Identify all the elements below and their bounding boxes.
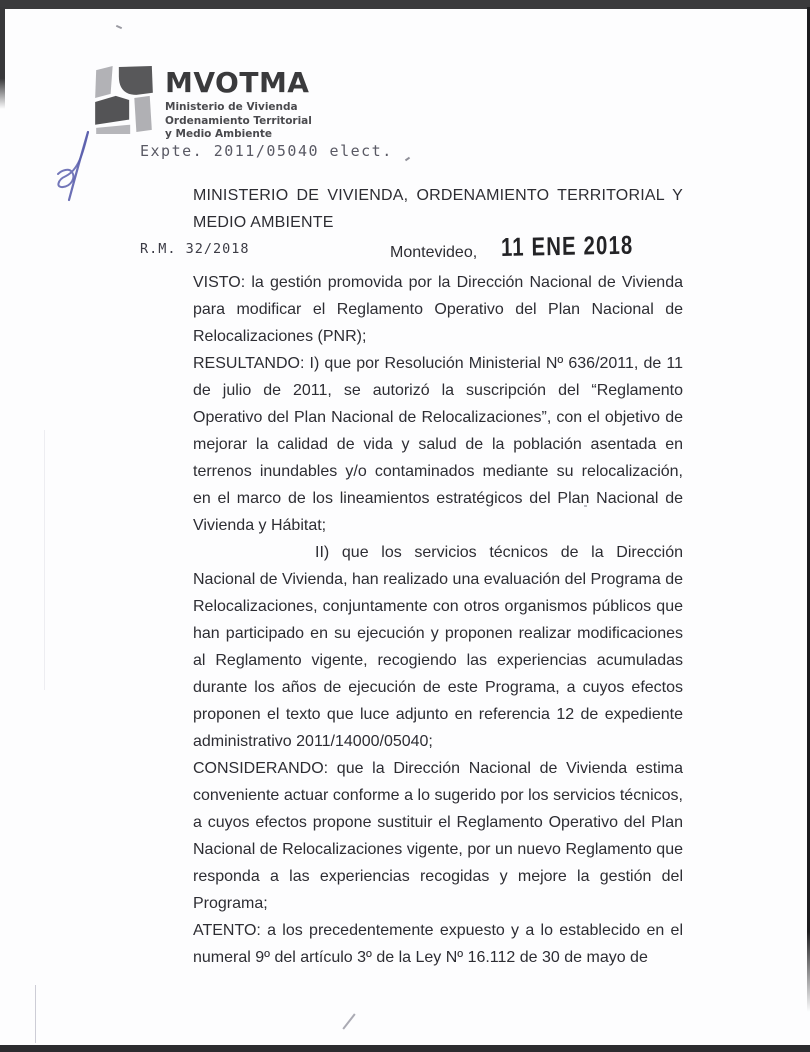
handwritten-initial-icon — [52, 130, 104, 206]
scan-artifact-speck — [342, 1013, 355, 1029]
scan-artifact-speck — [116, 25, 122, 29]
expediente-number: Expte. 2011/05040 elect. — [140, 142, 393, 160]
paragraph-considerando: CONSIDERANDO: que la Dirección Nacional … — [193, 755, 683, 917]
place-date-row: Montevideo, 11 ENE 2018 — [193, 236, 683, 269]
date-stamp: 11 ENE 2018 — [501, 232, 634, 261]
logo-subtitle-line: y Medio Ambiente — [165, 128, 312, 142]
paragraph-atento: ATENTO: a los precedentemente expuesto y… — [193, 917, 683, 971]
scanned-document-page: { "logo": { "brand": "MVOTMA", "subtitle… — [0, 0, 810, 1052]
logo-subtitle-line: Ministerio de Vivienda — [165, 101, 312, 115]
mvotma-logo: MVOTMA Ministerio de Vivienda Ordenamien… — [95, 66, 312, 142]
scan-artifact-line — [44, 430, 45, 690]
ministry-title-line: MINISTERIO DE VIVIENDA, ORDENAMIENTO TER… — [193, 182, 683, 209]
logo-brand-text: MVOTMA — [165, 68, 312, 98]
scan-artifact-line — [35, 985, 36, 1043]
paragraph-resultando-i: RESULTANDO: I) que por Resolución Minist… — [193, 350, 683, 539]
scan-artifact-speck — [405, 157, 410, 162]
paragraph-resultando-ii: II) que los servicios técnicos de la Dir… — [193, 539, 683, 755]
document-body: MINISTERIO DE VIVIENDA, ORDENAMIENTO TER… — [193, 182, 683, 971]
scan-edge-top — [0, 0, 810, 9]
scan-edge-bottom — [0, 1045, 810, 1052]
logo-subtitle-line: Ordenamiento Territorial — [165, 115, 312, 129]
scan-edge-left — [0, 7, 5, 109]
paragraph-visto: VISTO: la gestión promovida por la Direc… — [193, 269, 683, 350]
place-label: Montevideo, — [390, 239, 477, 266]
mvotma-logo-icon — [95, 66, 153, 134]
